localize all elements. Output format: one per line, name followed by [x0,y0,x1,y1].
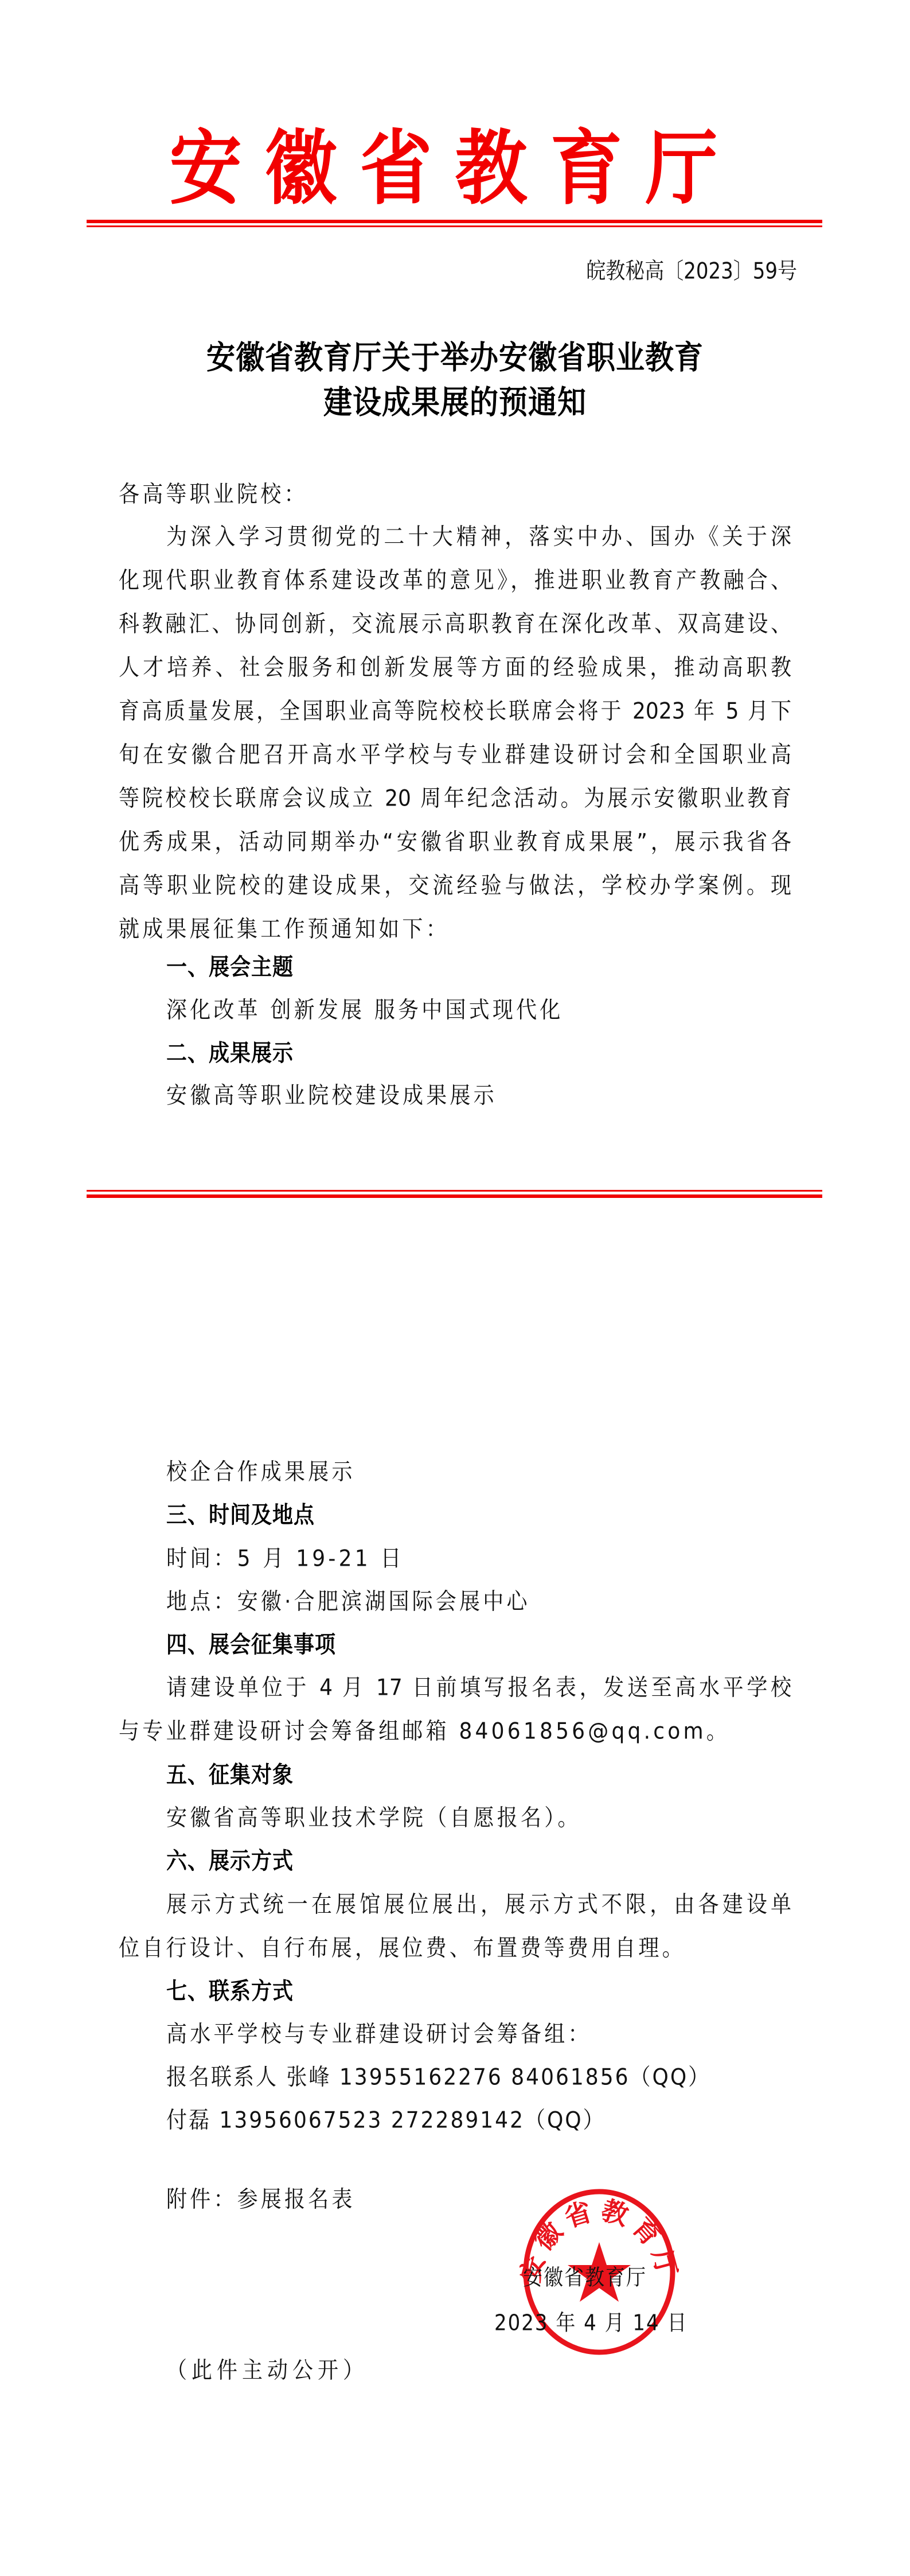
section-heading-target: 五、征集对象 [166,1761,294,1789]
document-title-line-2: 建设成果展的预通知 [0,383,910,422]
attachment-note[interactable]: 附件：参展报名表 [166,2186,356,2213]
document-title-line-1: 安徽省教育厅关于举办安徽省职业教育 [0,338,910,377]
salutation: 各高等职业院校： [119,481,308,508]
intro-line: 为深入学习贯彻党的二十大精神，落实中办、国办《关于深 [166,523,791,551]
collection-line-email[interactable]: 与专业群建设研讨会筹备组邮箱 84061856@qq.com。 [119,1718,730,1745]
intro-line: 就成果展征集工作预通知如下： [119,916,450,943]
intro-line: 旬在安徽合肥召开高水平学校与专业群建设研讨会和全国职业高 [119,741,791,769]
document-number: 皖教秘高〔2023〕59号 [586,258,797,285]
intro-line: 化现代职业教育体系建设改革的意见》，推进职业教育产教融合、 [119,567,791,594]
intro-line: 等院校校长联席会议成立 20 周年纪念活动。为展示安徽职业教育 [119,785,791,812]
section-heading-theme: 一、展会主题 [166,954,294,982]
intro-line: 高等职业院校的建设成果，交流经验与做法，学校办学案例。现 [119,872,791,900]
intro-line: 育高质量发展，全国职业高等院校校长联席会将于 2023 年 5 月下 [119,698,791,725]
section-heading-achievements: 二、成果展示 [166,1040,294,1068]
letterhead-rule-thin [87,225,822,227]
section-heading-contact: 七、联系方式 [166,1978,294,2006]
target-content: 安徽省高等职业技术学院（自愿报名）。 [166,1804,581,1832]
section-achievements-item: 安徽高等职业院校建设成果展示 [166,1082,497,1110]
section-heading-time-place: 三、时间及地点 [166,1501,315,1530]
event-time: 时间：5 月 19-21 日 [166,1545,404,1573]
page-footer-rule-thick [87,1194,822,1198]
letterhead-title: 安徽省教育厅 [0,125,910,212]
section-heading-display: 六、展示方式 [166,1847,294,1875]
intro-line: 人才培养、社会服务和创新发展等方面的经验成果，推动高职教 [119,654,791,682]
section-heading-collection: 四、展会征集事项 [166,1631,336,1659]
issue-date: 2023 年 4 月 14 日 [494,2310,688,2336]
contact-group: 高水平学校与专业群建设研讨会筹备组： [166,2021,592,2048]
event-place: 地点：安徽·合肥滨湖国际会展中心 [166,1588,530,1616]
contact-line: 付磊 13956067523 272289142（QQ） [166,2107,606,2134]
page-footer-rule-thin [87,1190,822,1192]
collection-line: 请建设单位于 4 月 17 日前填写报名表，发送至高水平学校 [166,1674,791,1702]
display-line: 展示方式统一在展馆展位展出，展示方式不限，由各建设单 [166,1891,791,1919]
intro-line: 优秀成果，活动同期举办“安徽省职业教育成果展”，展示我省各 [119,828,791,856]
display-line: 位自行设计、自行布展，展位费、布置费等费用自理。 [119,1935,686,1962]
contact-line: 报名联系人 张峰 13955162276 84061856（QQ） [166,2064,710,2091]
section-achievements-item: 校企合作成果展示 [166,1458,356,1486]
letterhead-rule-thick [87,220,822,223]
issuer-name: 安徽省教育厅 [523,2265,647,2291]
disclosure-note: （此件主动公开） [166,2357,368,2384]
section-theme-content: 深化改革 创新发展 服务中国式现代化 [166,997,564,1024]
intro-line: 科教融汇、协同创新，交流展示高职教育在深化改革、双高建设、 [119,610,791,638]
